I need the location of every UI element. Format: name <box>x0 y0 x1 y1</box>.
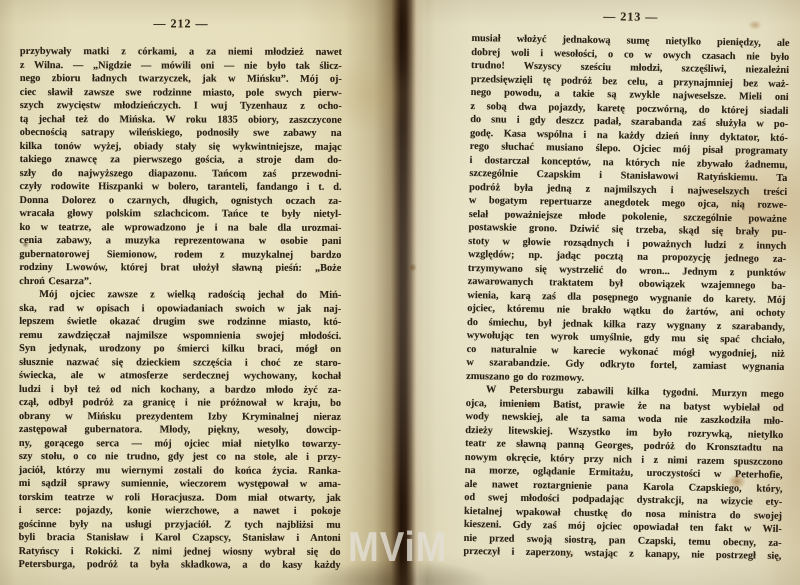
text-line: świecka, ale w atmosferze serdecznej wyc… <box>19 369 341 383</box>
text-line: torskim teatrze w roli Horacjusza. Dom m… <box>19 490 341 504</box>
watermark: MViM <box>348 526 447 568</box>
text-line: ko w teatrze, ale wprowadzono je i na ba… <box>19 220 341 234</box>
book-scan: — 212 — przybywały matki z córkami, a za… <box>0 0 800 585</box>
text-line: jaciół, którzy mu wiernymi zostali do ko… <box>19 463 341 477</box>
text-line: szy stołu, o co nie trudno, gdy jest co … <box>19 450 341 464</box>
gutter-edge-highlight <box>411 0 427 585</box>
page-number-left: — 212 — <box>20 16 342 32</box>
text-line: czyły rodowite Hiszpanki w bolero, taran… <box>20 180 342 194</box>
text-line: obrany w Mińsku prezydentem Izby Krymina… <box>19 409 341 423</box>
text-line: ny, gorącego serca — mój ojciec miał nie… <box>19 436 341 450</box>
text-line: mi sądził sprawy sumiennie, wieczorem wy… <box>19 477 341 491</box>
text-line: takiego znawcę za pierwszego gościa, a s… <box>20 153 342 167</box>
page-right: — 213 — musiał włożyć jednakową sumę nie… <box>472 7 790 12</box>
text-line: chroń Cesarza”. <box>19 274 341 288</box>
page-text-right: musiał włożyć jednakową sumę nietylko pi… <box>463 32 789 563</box>
text-line: szły do najwyższego diapazonu. Tańcom za… <box>20 166 342 180</box>
text-line: Petersburga, podróż ta była składkowa, a… <box>19 558 341 572</box>
text-line: Syn jedynak, urodzony po śmierci kilku b… <box>19 342 341 356</box>
page-number-right: — 213 — <box>472 7 790 27</box>
page-left: — 212 — przybywały matki z córkami, a za… <box>20 16 342 17</box>
stain-spot <box>408 263 417 272</box>
text-line: obecnością satrapy wileńskiego, podnosił… <box>20 126 342 140</box>
text-line: kilka tonów wyżej, obiady stały się wykw… <box>20 139 342 153</box>
text-line: i serce: pojazdy, konie wierzchowe, a na… <box>19 504 341 518</box>
page-text-left: przybywały matki z córkami, a za niemi m… <box>19 45 342 572</box>
text-line: rodziny Lwowów, której brat ułożył sławn… <box>19 261 341 275</box>
text-line: przybywały matki z córkami, a za niemi m… <box>20 45 342 59</box>
text-line: słusznie nazwać się dzieckiem szczęścia … <box>19 355 341 369</box>
text-line: z Wilna. — „Nigdzie — mówili oni — nie b… <box>20 58 342 72</box>
text-line: lepszem świetle okazać drugim swe rodzin… <box>19 315 341 329</box>
text-line: ludzi i był też od nich kochany, a bardz… <box>19 382 341 396</box>
text-line: cenia zabawy, a muzyka reprezentowana w … <box>19 234 341 248</box>
text-line: szych zwycięstw młodzieńczych. I wuj Tyz… <box>20 99 342 113</box>
text-line: gubernatorowej Siemionow, rodem z muzyka… <box>19 247 341 261</box>
text-line: wracała głowy polskim szlachcicom. Tańce… <box>19 207 341 221</box>
text-line: tą jechał też do Mińska. W roku 1835 obi… <box>20 112 342 126</box>
text-line: ska, rad w opisach i opowiadaniach swoic… <box>19 301 341 315</box>
text-line: Donna Dolorez o czarnych, długich, ognis… <box>19 193 341 207</box>
text-line: gościnne były na usługi przyjaciół. Z ty… <box>19 517 341 531</box>
text-line: byli bracia Stanisław i Karol Czapscy, S… <box>19 531 341 545</box>
text-line: Ratyńscy i Rokicki. Z nimi jednej wiosny… <box>19 544 341 558</box>
text-line: zastępował gubernatora. Młody, piękny, w… <box>19 423 341 437</box>
text-line: ciec sławił zawsze swe rodzinne miasto, … <box>20 85 342 99</box>
text-line: Mój ojciec zawsze z wielką radością jech… <box>19 288 341 302</box>
text-line: czął, odbył podróż za granicę i nie próż… <box>19 396 341 410</box>
text-line: nego zbioru ładnych twarzyczek, jak w Mi… <box>20 72 342 86</box>
text-line: remu zawdzięczał najmilsze wspomnienia s… <box>19 328 341 342</box>
